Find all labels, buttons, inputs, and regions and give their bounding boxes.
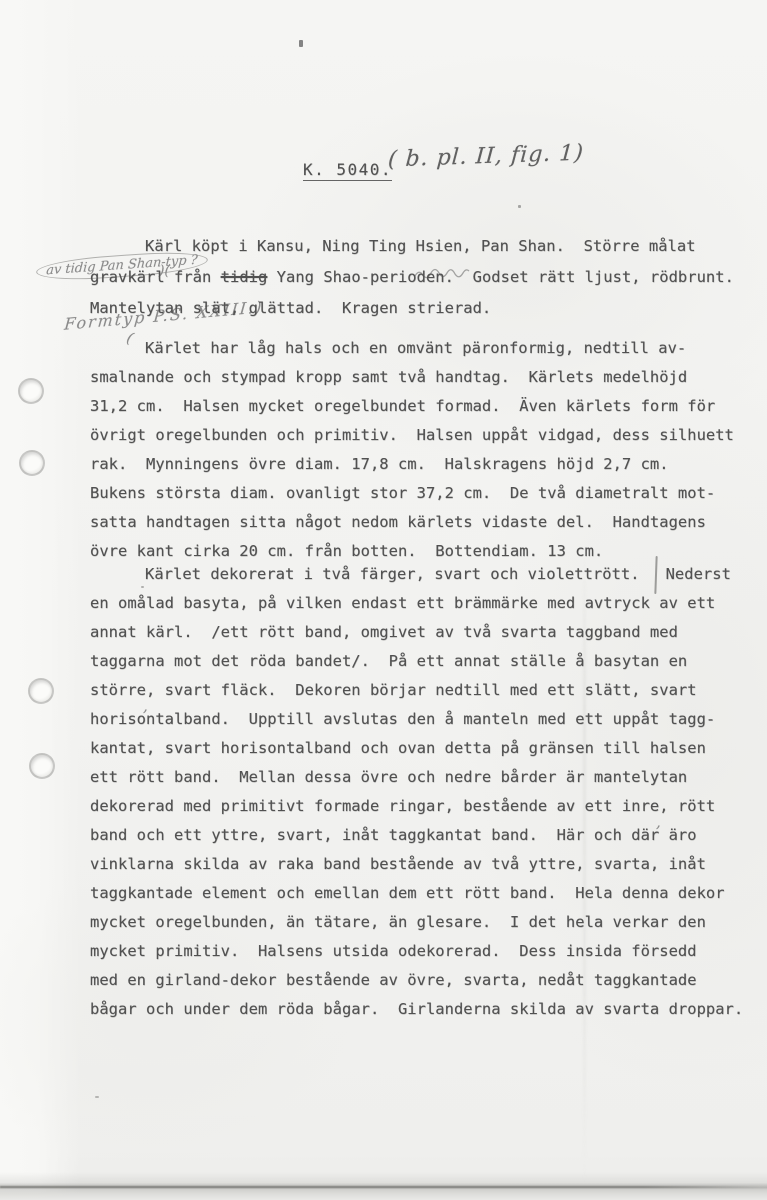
text-line: Bukens största diam. ovanligt stor 37,2 … <box>90 479 734 508</box>
text-line: gravkärl från tidig Yang Shao-perioden. … <box>90 262 734 293</box>
text-line: större, svart fläck. Dekoren börjar nedt… <box>90 676 743 705</box>
punch-hole <box>29 753 55 779</box>
text-line: dekorerad med primitivt formade ringar, … <box>90 792 743 821</box>
text-line: smalnande och stympad kropp samt två han… <box>90 363 734 392</box>
text-line: band och ett yttre, svart, inåt taggkant… <box>90 821 743 850</box>
text-line: en omålad basyta, på vilken endast ett b… <box>90 589 743 618</box>
text-segment: Yang Shao-perioden. Godset rätt ljust, r… <box>267 268 734 286</box>
text-line: Mantelytan slät, glättad. Kragen striera… <box>90 293 734 324</box>
text-line: horisontalband. Upptill avslutas den å m… <box>90 705 743 734</box>
paragraph-1: Kärl köpt i Kansu, Ning Ting Hsien, Pan … <box>90 231 734 324</box>
text-segment: Nederst <box>666 560 731 589</box>
title-handwritten-annotation: ( b. pl. II, fig. 1) <box>387 141 585 173</box>
dust-speck <box>518 205 521 208</box>
text-line: Kärl köpt i Kansu, Ning Ting Hsien, Pan … <box>90 231 734 262</box>
text-line: taggkantade element och emellan dem ett … <box>90 879 743 908</box>
text-line: ett rött band. Mellan dessa övre och ned… <box>90 763 743 792</box>
text-line: rak. Mynningens övre diam. 17,8 cm. Hals… <box>90 450 734 479</box>
struck-word: tidig <box>221 268 268 286</box>
text-line: kantat, svart horisontalband och ovan de… <box>90 734 743 763</box>
text-segment: gravkärl från <box>90 268 221 286</box>
punch-hole <box>19 450 45 476</box>
text-line: 31,2 cm. Halsen mycket oregelbundet form… <box>90 392 734 421</box>
text-line: annat kärl. /ett rött band, omgivet av t… <box>90 618 743 647</box>
document-title-block: K. 5040. <box>303 160 392 179</box>
text-line: Kärlet har låg hals och en omvänt päronf… <box>90 334 734 363</box>
text-segment: Kärlet dekorerat i två färger, svart och… <box>145 565 640 583</box>
text-line: med en girland-dekor bestående av övre, … <box>90 966 743 995</box>
punch-hole <box>18 378 44 404</box>
paragraph-3: Kärlet dekorerat i två färger, svart och… <box>90 560 743 1024</box>
text-line: mycket oregelbunden, än tätare, än glesa… <box>90 908 743 937</box>
text-line: taggarna mot det röda bandet/. På ett an… <box>90 647 743 676</box>
text-line: vinklarna skilda av raka band bestående … <box>90 850 743 879</box>
dust-speck <box>95 1096 99 1098</box>
punch-hole <box>28 678 54 704</box>
text-line: mycket primitiv. Halsens utsida odekorer… <box>90 937 743 966</box>
text-line: övrigt oregelbunden och primitiv. Halsen… <box>90 421 734 450</box>
text-line: satta handtagen sitta något nedom kärlet… <box>90 508 734 537</box>
bottom-scan-edge-line <box>0 1186 767 1188</box>
catalog-number: K. 5040. <box>303 160 392 181</box>
paragraph-2: Kärlet har låg hals och en omvänt päronf… <box>90 334 734 566</box>
text-line: bågar och under dem röda bågar. Girlande… <box>90 995 743 1024</box>
scanned-document-page: K. 5040. ( b. pl. II, fig. 1) av tidig P… <box>0 0 767 1200</box>
dust-speck <box>299 40 303 47</box>
text-line: Kärlet dekorerat i två färger, svart och… <box>90 560 743 589</box>
